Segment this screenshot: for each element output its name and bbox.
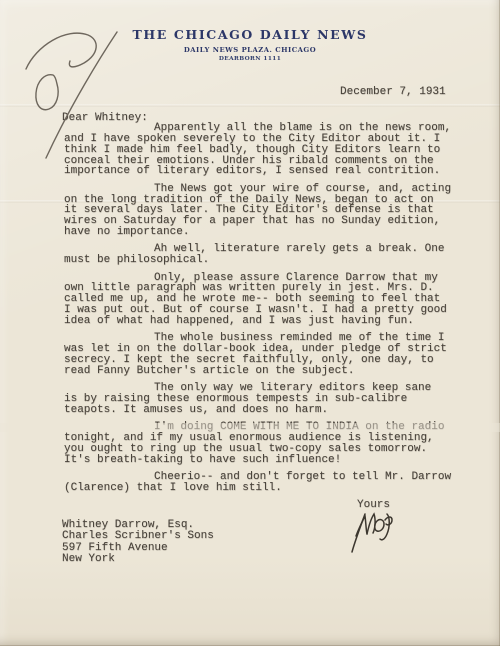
paragraph: Only, please assure Clarence Darrow that… [64,273,494,327]
paragraph: The only way we literary editors keep sa… [64,383,494,416]
paragraph: The whole business reminded me of the ti… [64,333,494,376]
paragraph: Ah well, literature rarely gets a break.… [64,244,494,266]
paragraph: The News got your wire of course, and, a… [64,184,494,238]
handwritten-signature [344,504,404,560]
recipient-line: New York [62,554,214,565]
letter-date: December 7, 1931 [340,86,446,98]
paragraph: I'm doing COME WITH ME TO INDIA on the r… [64,422,494,465]
paragraph: Cheerio-- and don't forget to tell Mr. D… [64,472,494,494]
recipient-line: Charles Scribner's Sons [62,531,214,542]
letter-page: THE CHICAGO DAILY NEWS DAILY NEWS PLAZA.… [0,0,500,646]
letter-body: Apparently all the blame is on the news … [64,123,494,500]
pencil-monogram-d-slash [0,0,140,170]
recipient-address: Whitney Darrow, Esq.Charles Scribner's S… [62,520,214,565]
